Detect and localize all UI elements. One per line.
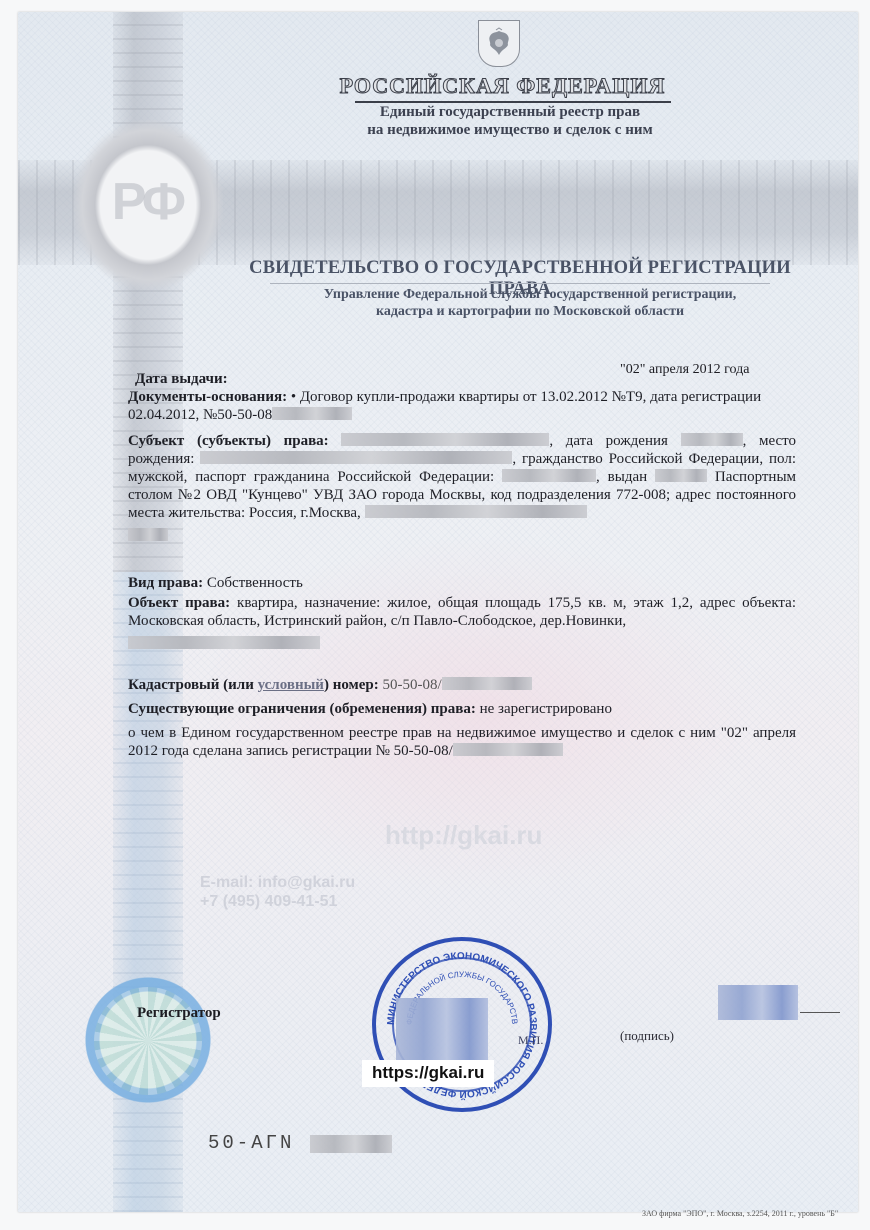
right-type: Вид права: Собственность: [128, 574, 303, 592]
issued-text: , выдан: [596, 469, 647, 485]
issuing-authority-line1: Управление Федеральной службы государств…: [260, 287, 800, 303]
restrictions: Существующие ограничения (обременения) п…: [128, 700, 612, 718]
redacted-object-address: [128, 636, 320, 649]
issuing-authority-line2: кадастра и картографии по Московской обл…: [260, 304, 800, 320]
hologram-icon: [94, 987, 202, 1095]
redacted-registrar-name: [396, 998, 488, 1060]
redacted-passport: [502, 469, 596, 482]
cadastral-number: Кадастровый (или условный) номер: 50-50-…: [128, 676, 532, 694]
registry-name-line1: Единый государственный реестр прав: [340, 104, 680, 121]
redacted-birthdate: [681, 433, 743, 446]
seal-placement-label: М.П.: [518, 1033, 543, 1048]
right-type-value: Собственность: [207, 575, 303, 591]
printer-note: ЗАО фирма "ЭПО", г. Москва, з.2254, 2011…: [642, 1209, 838, 1218]
registry-record: о чем в Едином государственном реестре п…: [128, 724, 796, 760]
signature-label: (подпись): [620, 1028, 674, 1044]
redacted-birthplace: [200, 451, 512, 464]
registrar-label: Регистратор: [137, 1005, 221, 1022]
rights-holder: Субъект (субъекты) права: , дата рождени…: [128, 432, 796, 545]
redacted-cadastral: [442, 677, 532, 690]
site-link[interactable]: https://gkai.ru: [362, 1060, 494, 1087]
right-type-label: Вид права:: [128, 575, 203, 591]
redacted-signature: [718, 985, 798, 1020]
redacted-issue-date: [655, 469, 707, 482]
redacted-name: [341, 433, 549, 446]
vertical-ornament-band-lower: [113, 572, 183, 1212]
issue-date-label: Дата выдачи:: [135, 370, 228, 388]
property-object: Объект права: квартира, назначение: жило…: [128, 594, 796, 653]
restrictions-label: Существующие ограничения (обременения) п…: [128, 701, 476, 717]
documents-basis: Документы-основания: • Договор купли-про…: [128, 388, 808, 424]
rf-watermark: РФ: [102, 172, 192, 232]
cadastral-label: Кадастровый (или условный) номер:: [128, 677, 379, 693]
coat-of-arms-icon: [478, 20, 520, 67]
certificate-title-rule: [270, 283, 770, 284]
title-rule: [355, 101, 671, 103]
restrictions-value: не зарегистрировано: [480, 701, 612, 717]
redacted-block: [272, 407, 352, 420]
watermark-phone: +7 (495) 409-41-51: [200, 893, 337, 911]
documents-label: Документы-основания:: [128, 389, 287, 405]
cadastral-value: 50-50-08/: [383, 677, 442, 693]
watermark-url: http://gkai.ru: [385, 820, 542, 851]
redacted-address: [365, 505, 587, 518]
redacted-serial: [310, 1135, 392, 1153]
redacted-record-number: [453, 743, 563, 756]
redacted-address-cont: [128, 528, 168, 541]
object-label: Объект права:: [128, 595, 230, 611]
issue-date-value: "02" апреля 2012 года: [620, 362, 749, 378]
watermark-email: E-mail: info@gkai.ru: [200, 874, 355, 892]
signature-line: [800, 1012, 840, 1013]
subject-label: Субъект (субъекты) права:: [128, 433, 329, 449]
country-title: РОССИЙСКАЯ ФЕДЕРАЦИЯ: [330, 73, 675, 99]
form-serial-number: 50-АГN: [208, 1132, 294, 1154]
registry-name-line2: на недвижимое имущество и сделок с ним: [340, 122, 680, 139]
birthdate-text: , дата рождения: [549, 433, 668, 449]
